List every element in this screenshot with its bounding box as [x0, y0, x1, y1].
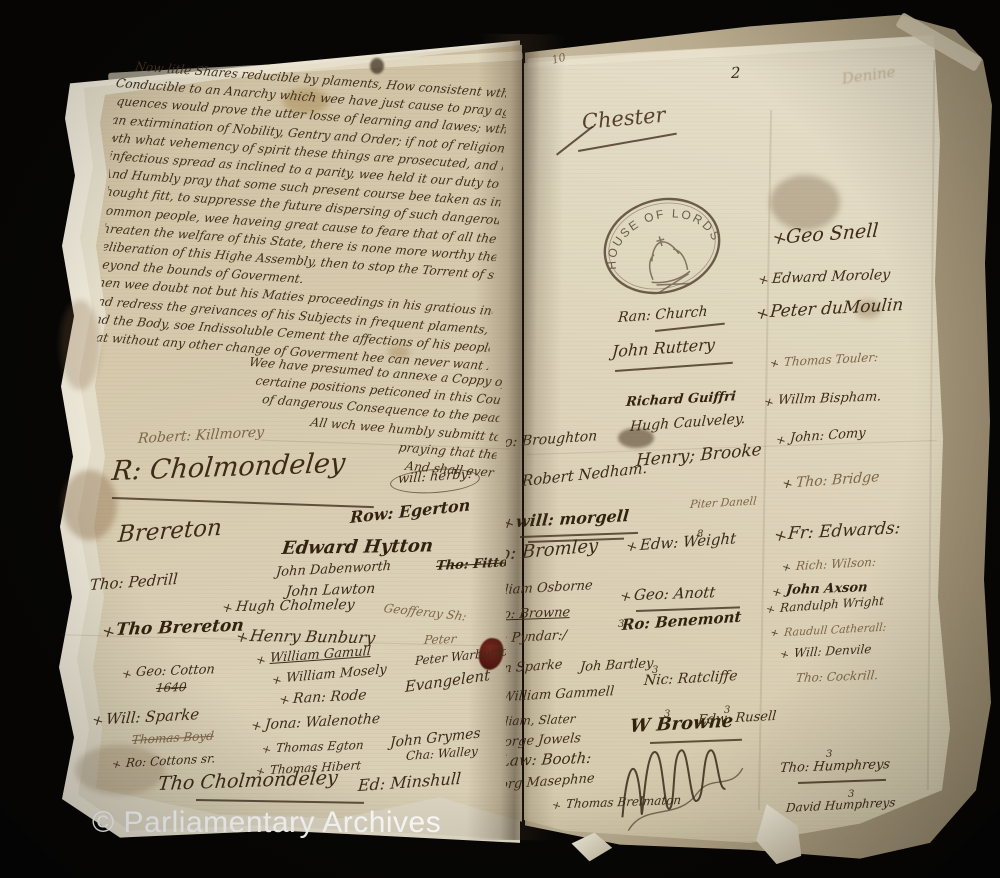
attestation-mark: +	[90, 713, 105, 730]
signature: Peter	[423, 633, 457, 646]
signature: Tho: Bridge	[796, 470, 880, 490]
signature: Fr: Edwards:	[787, 520, 901, 543]
signature: William Mosely	[286, 663, 387, 685]
signature: Will: Sparke	[105, 707, 200, 727]
signature: Will: Denvile	[793, 643, 871, 659]
signature: William Gamull	[270, 645, 372, 665]
signature: Row: Egerton	[350, 497, 471, 526]
signature: John Dabenworth	[275, 560, 391, 579]
superscript-mark: 3	[618, 620, 624, 630]
signature: Edw: Weight	[639, 531, 736, 553]
signature: Richard Guiffri	[625, 390, 736, 409]
county-heading: Chester	[581, 105, 666, 133]
superscript-mark: 3	[724, 706, 730, 716]
attestation-mark: +	[120, 667, 133, 682]
signature: Raudull Catherall:	[784, 622, 887, 638]
signature: Joh Bartley	[579, 657, 654, 674]
attestation-mark: +	[762, 395, 775, 410]
superscript-mark: 3	[664, 710, 670, 720]
signature: Thomas Boyd	[131, 730, 214, 746]
attestation-mark: +	[781, 561, 793, 574]
signature: 1640	[155, 681, 187, 694]
signature: Tho: Cockrill.	[795, 669, 878, 684]
signature: John: Comy	[790, 427, 866, 445]
signature: Henry; Brooke	[636, 442, 763, 470]
attestation-mark: +	[624, 539, 639, 556]
attestation-mark: +	[220, 601, 234, 617]
heading-underline	[578, 133, 677, 152]
signature: David Humphreys	[785, 796, 896, 814]
signature: Ro: Cottons sr.	[125, 752, 215, 769]
attestation-mark: +	[254, 653, 267, 668]
attestation-mark: +	[756, 273, 770, 289]
signature: Tho Cholmondeley	[157, 769, 339, 794]
attestation-mark: +	[780, 477, 794, 493]
signature: Hugh Caulveley.	[630, 412, 746, 434]
attestation-mark: +	[774, 433, 787, 448]
signature-flourish	[615, 362, 733, 372]
signature: Piter Danell	[690, 495, 758, 510]
signature-flourish	[112, 497, 374, 508]
manuscript-photo: Now litle Shares reducible by plaments, …	[0, 0, 1000, 878]
signature: Rich: Wilson:	[795, 556, 876, 572]
signature-flourish	[798, 779, 886, 784]
gutter-shadow	[466, 33, 565, 840]
attestation-mark: +	[270, 673, 283, 688]
attestation-mark: +	[769, 357, 781, 370]
attestation-mark: +	[277, 693, 291, 709]
signature: Ran: Rode	[292, 688, 367, 706]
attestation-mark: +	[765, 603, 777, 616]
petition-text: Now litle Shares reducible by plaments, …	[95, 56, 509, 396]
signature: Tho: Humphreys	[779, 758, 890, 775]
signature-flourish	[196, 799, 364, 804]
signature-flourish	[655, 323, 725, 332]
signature: Brereton	[117, 517, 222, 547]
signature: Edward Moroley	[771, 268, 891, 286]
signature: Geo: Cotton	[135, 663, 215, 679]
attestation-mark: +	[769, 628, 780, 640]
attestation-mark: +	[111, 758, 123, 771]
signature: Ed: Minshull	[357, 771, 461, 794]
house-of-lords-stamp: HOUSE OF LORDS	[589, 181, 736, 311]
superscript-mark: 3	[652, 666, 658, 676]
signature: Henry Bunbury	[249, 628, 377, 646]
signature: John Ruttery	[611, 337, 715, 360]
superscript-mark: 3	[826, 750, 832, 760]
crown-icon	[640, 231, 693, 294]
signature: Edward Hytton	[281, 537, 434, 558]
svg-text:HOUSE OF LORDS: HOUSE OF LORDS	[592, 192, 724, 274]
stamp-text: HOUSE OF LORDS	[592, 192, 724, 274]
signature: Tho: Pedrill	[89, 572, 178, 593]
illegible-flourish-signature	[606, 726, 767, 836]
signature: Ran: Church	[618, 305, 708, 325]
archive-watermark: © Parliamentary Archives	[92, 806, 441, 840]
signature: Thomas Touler:	[783, 351, 878, 368]
signature: Geo: Anott	[633, 585, 716, 603]
signature: Ro: Benemont	[621, 610, 741, 633]
attestation-mark: +	[770, 585, 783, 600]
signature: Hugh Cholmeley	[235, 598, 355, 614]
page-number: 2	[731, 66, 741, 81]
signature: Jona: Walenothe	[264, 712, 380, 732]
signature: Geo Snell	[785, 221, 879, 247]
signature: Thomas Egton	[275, 739, 364, 754]
attestation-mark: +	[249, 719, 263, 735]
superscript-mark: 3	[848, 790, 854, 800]
superscript-mark: 8	[697, 530, 703, 540]
signature: Willm Bispham.	[777, 390, 882, 407]
signature: Tho Brereton	[115, 618, 244, 640]
attestation-mark: +	[779, 648, 791, 661]
signature: R: Cholmondeley	[111, 450, 347, 485]
ghost-writing: Denine	[841, 65, 896, 87]
attestation-mark: +	[261, 743, 273, 756]
attestation-mark: +	[618, 589, 633, 606]
signature: Edw: Rusell	[697, 710, 776, 727]
signature: Peter duMoulin	[769, 297, 904, 321]
signature: Geofferay Sh:	[383, 602, 468, 622]
